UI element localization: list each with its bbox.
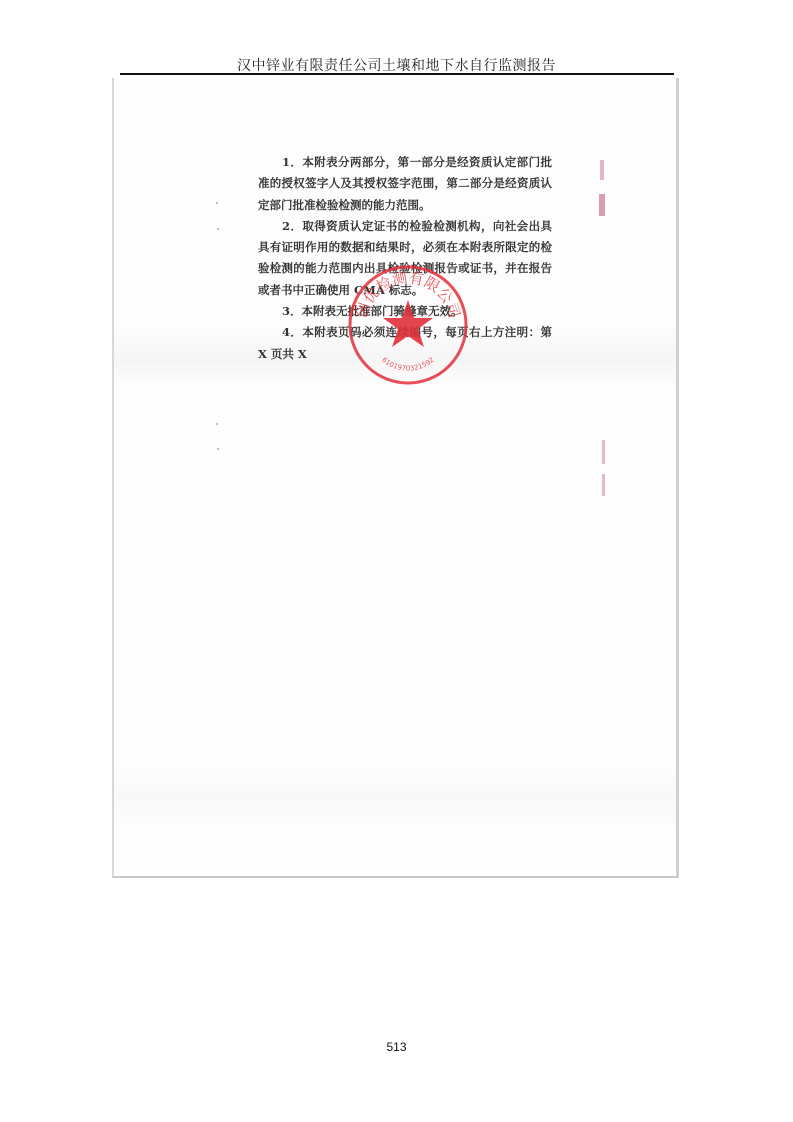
perforation-seal-marks [598, 440, 612, 510]
star-icon [383, 300, 433, 347]
scan-speck [217, 228, 219, 230]
report-header-title: 汉中锌业有限责任公司土壤和地下水自行监测报告 [0, 55, 793, 75]
scan-speck [217, 448, 219, 450]
page-number: 513 [0, 1040, 793, 1054]
seal-number: 6101970321592 [380, 356, 436, 373]
perforation-seal-marks [596, 160, 610, 230]
header-rule [120, 73, 674, 75]
scan-speck [216, 423, 218, 425]
scan-speck [216, 202, 218, 204]
company-seal-stamp: 创优检测有限公司 6101970321592 [345, 262, 471, 388]
note-item: 1．本附表分两部分，第一部分是经资质认定部门批准的授权签字人及其授权签字范围，第… [258, 152, 552, 216]
scan-shade-band [114, 768, 676, 828]
svg-text:6101970321592: 6101970321592 [380, 356, 436, 373]
